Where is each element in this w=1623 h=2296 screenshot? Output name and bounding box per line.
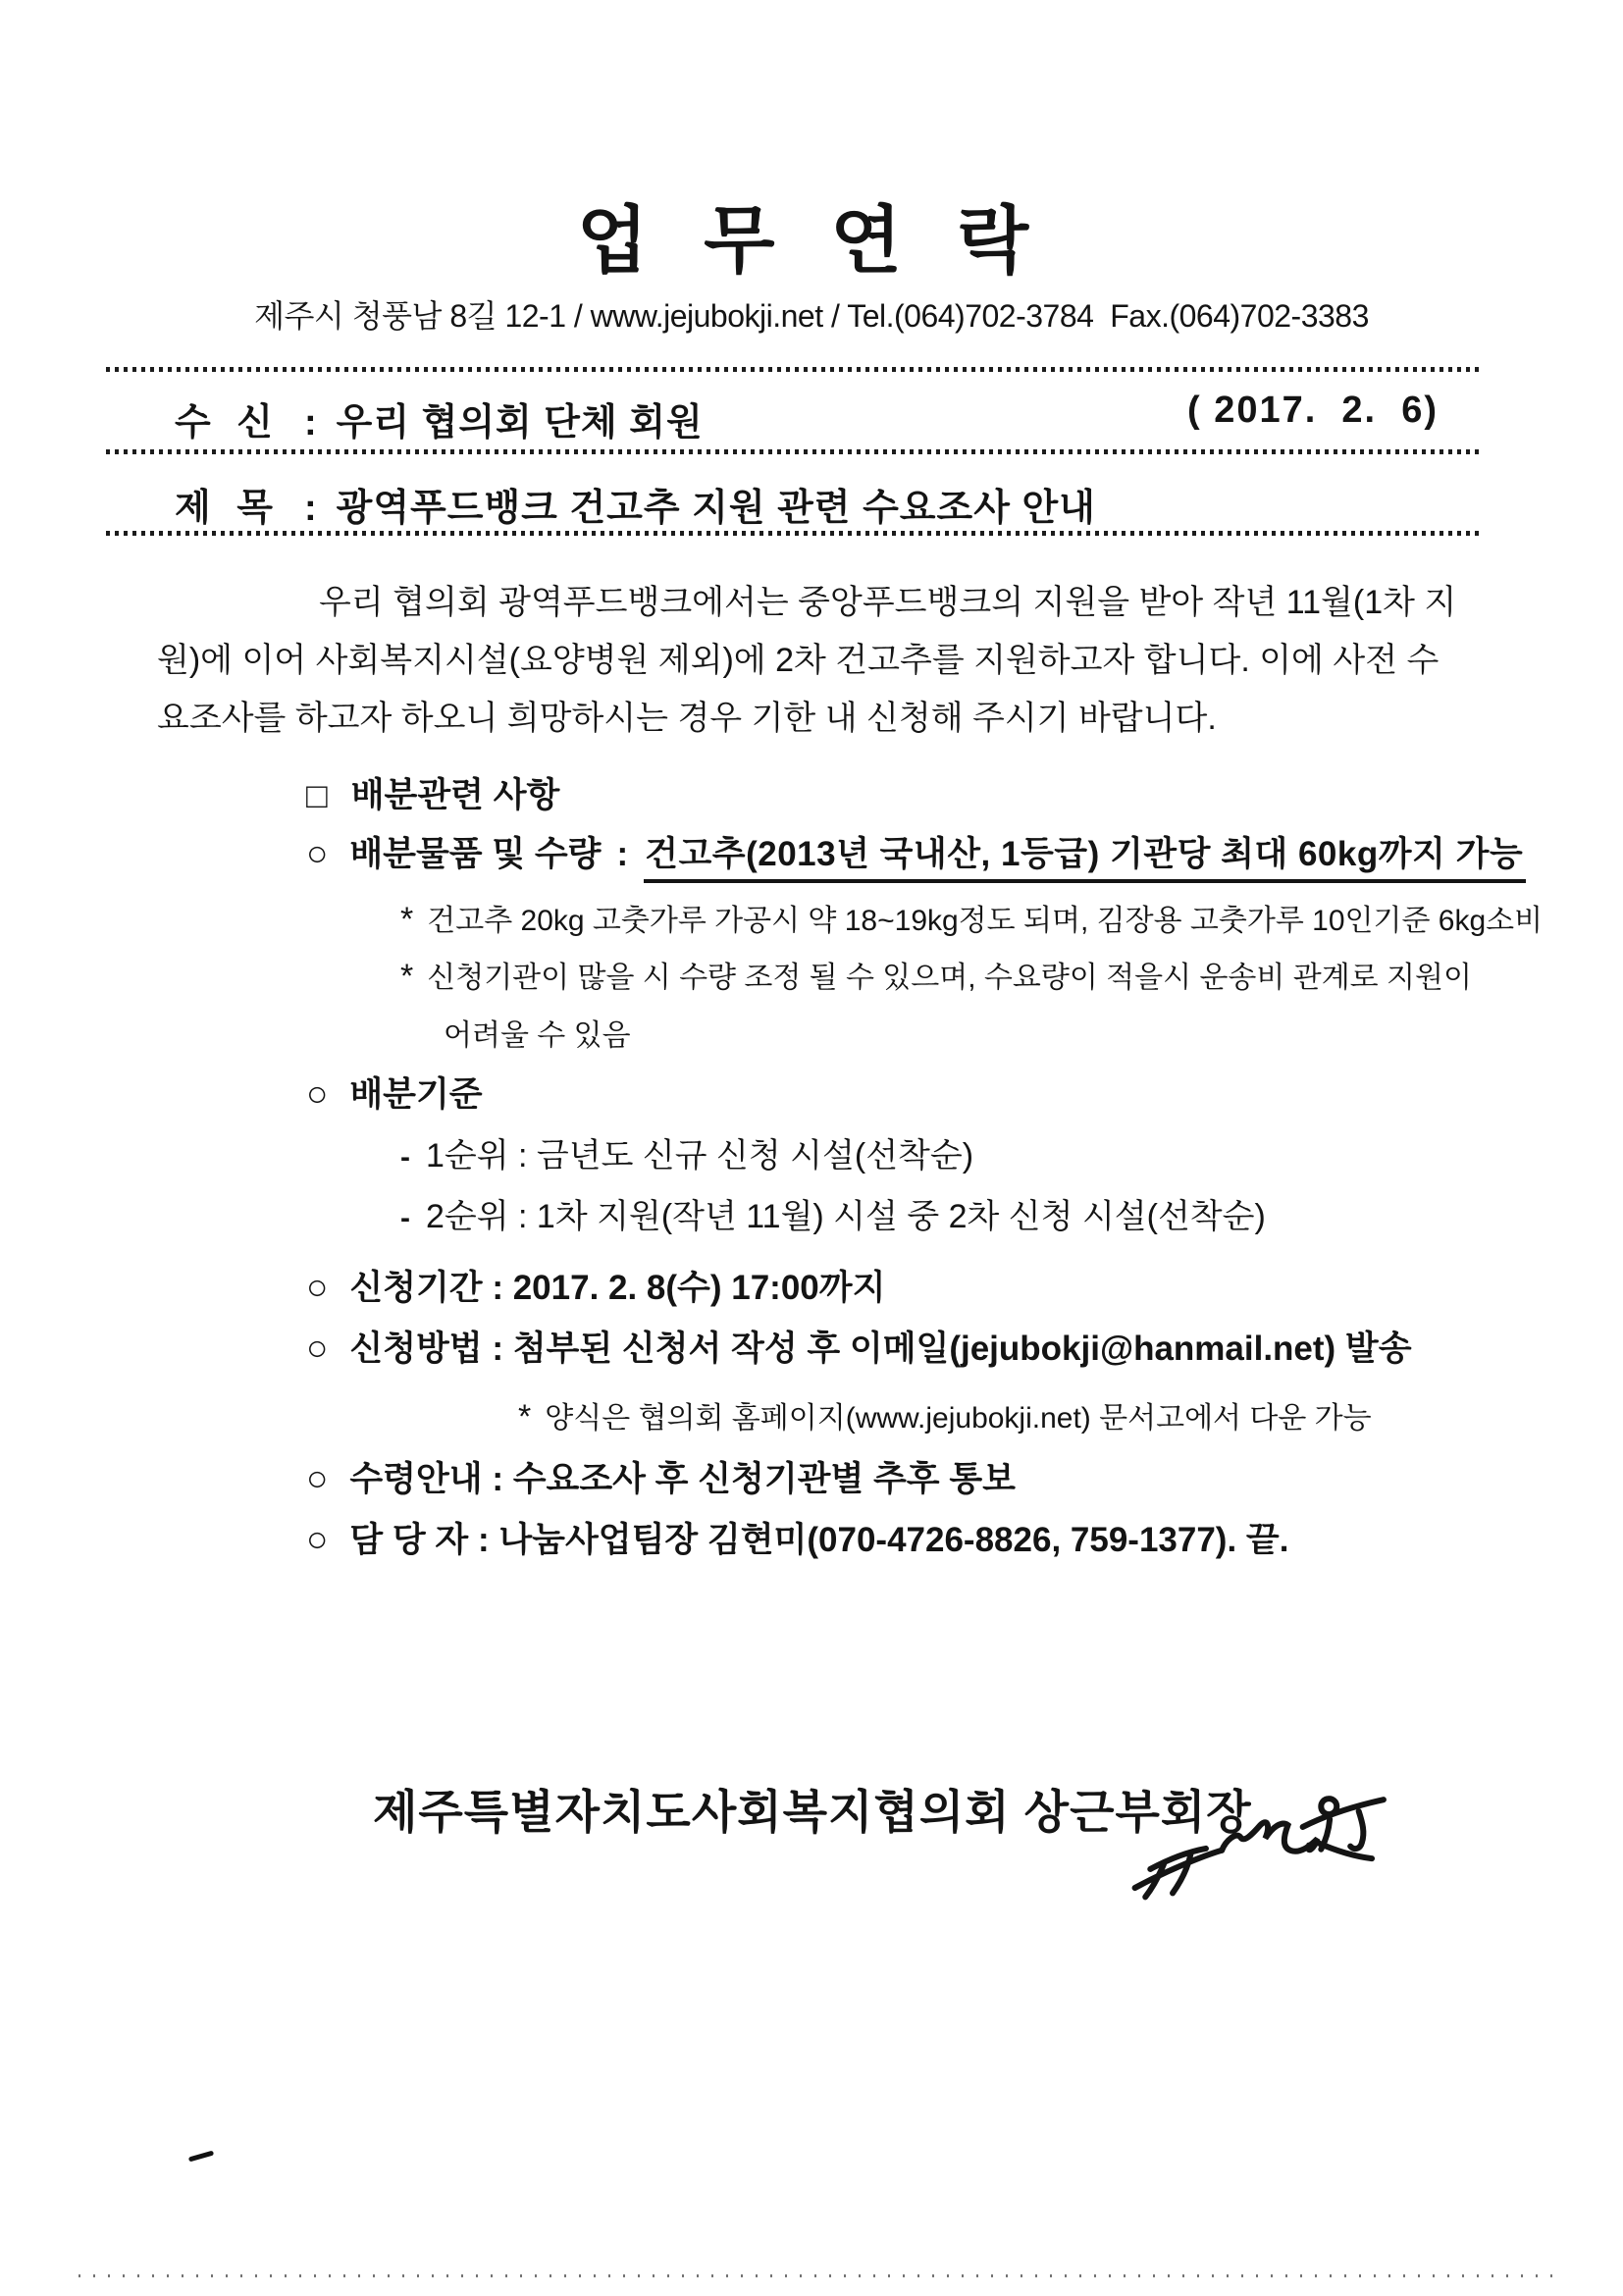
list-item-criteria-header: ○ 배분기준 [306,1068,483,1117]
list-note-adjustment: * 신청기관이 많을 시 수량 조정 될 수 있으며, 수요량이 적을시 운송비… [400,953,1472,996]
circle-bullet-icon: ○ [306,1458,328,1499]
dash-bullet-icon: - [400,1141,410,1174]
note-processing-text: 건고추 20kg 고춧가루 가공시 약 18~19kg정도 되며, 김장용 고춧… [427,896,1543,939]
list-note-processing: * 건고추 20kg 고춧가루 가공시 약 18~19kg정도 되며, 김장용 … [400,896,1543,939]
distribution-header-text: 배분관련 사항 [351,768,560,817]
asterisk-icon: * [400,958,413,996]
dotted-divider-bottom [106,531,1482,536]
criteria-header-text: 배분기준 [349,1068,482,1117]
signature-org-title: 제주특별자치도사회복지협의회 상근부회장 [373,1776,1252,1842]
circle-bullet-icon: ○ [306,1267,328,1308]
list-item-contact-person: ○ 담 당 자 : 나눔사업팀장 김현미(070-4726-8826, 759-… [306,1513,1288,1562]
asterisk-icon: * [518,1398,531,1436]
circle-bullet-icon: ○ [306,833,328,874]
scanned-document-page: 업 무 연 락 제주시 청풍남 8길 12-1 / www.jejubokji.… [0,0,1623,2296]
rank1-text: 1순위 : 금년도 신규 신청 시설(선착순) [426,1128,973,1176]
application-method-text: 신청방법 : 첨부된 신청서 작성 후 이메일(jejubokji@hanmai… [349,1322,1411,1371]
list-item-rank1: - 1순위 : 금년도 신규 신청 시설(선착순) [400,1128,973,1176]
circle-bullet-icon: ○ [306,1328,328,1369]
body-line-1: 우리 협의회 광역푸드뱅크에서는 중앙푸드뱅크의 지원을 받아 작년 11월(1… [157,574,1511,632]
list-note-form-download: * 양식은 협의회 홈페이지(www.jejubokji.net) 문서고에서 … [518,1393,1372,1436]
subject-label: 제 목 [175,477,281,531]
subject-value: 광역푸드뱅크 건고추 지원 관련 수요조사 안내 [337,477,1096,531]
body-line-3: 요조사를 하고자 하오니 희망하시는 경우 기한 내 신청해 주시기 바랍니다. [157,690,1511,748]
form-download-text: 양식은 협의회 홈페이지(www.jejubokji.net) 문서고에서 다운… [545,1393,1371,1436]
recipient-colon: : [304,402,317,444]
contact-person-text: 담 당 자 : 나눔사업팀장 김현미(070-4726-8826, 759-13… [349,1513,1288,1562]
goods-quantity-label: 배분물품 및 수량 [349,827,601,876]
asterisk-icon: * [400,901,413,939]
recipient-row: 수 신 : 우리 협의회 단체 회원 [175,391,704,445]
recipient-label: 수 신 [175,391,281,445]
subject-colon: : [304,488,317,530]
document-title: 업 무 연 락 [0,183,1623,287]
goods-quantity-colon: : [616,835,628,874]
note-adjustment-continuation: 어려울 수 있음 [444,1011,631,1054]
dotted-divider-top [106,367,1482,372]
receipt-guide-text: 수령안내 : 수요조사 후 신청기관별 추후 통보 [349,1452,1016,1501]
goods-quantity-value: 건고추(2013년 국내산, 1등급) 기관당 최대 60kg까지 가능 [644,827,1526,883]
subject-row: 제 목 : 광역푸드뱅크 건고추 지원 관련 수요조사 안내 [175,477,1096,531]
list-item-rank2: - 2순위 : 1차 지원(작년 11월) 시설 중 2차 신청 시설(선착순) [400,1189,1266,1237]
handwritten-signature [1125,1790,1427,1933]
note-adjustment-text: 신청기관이 많을 시 수량 조정 될 수 있으며, 수요량이 적을시 운송비 관… [427,953,1472,996]
application-period-text: 신청기간 : 2017. 2. 8(수) 17:00까지 [349,1261,885,1310]
list-item-application-method: ○ 신청방법 : 첨부된 신청서 작성 후 이메일(jejubokji@hanm… [306,1322,1412,1371]
list-item-receipt-guide: ○ 수령안내 : 수요조사 후 신청기관별 추후 통보 [306,1452,1016,1501]
list-item-goods-quantity: ○ 배분물품 및 수량 : 건고추(2013년 국내산, 1등급) 기관당 최대… [306,827,1526,883]
dash-bullet-icon: - [400,1202,410,1235]
list-item-application-period: ○ 신청기간 : 2017. 2. 8(수) 17:00까지 [306,1261,885,1310]
circle-bullet-icon: ○ [306,1519,328,1560]
document-date: ( 2017. 2. 6) [1187,390,1439,432]
dotted-divider-middle [106,449,1482,454]
recipient-value: 우리 협의회 단체 회원 [337,391,704,445]
scanner-noise-line [79,2274,1555,2277]
list-item-distribution-header: □ 배분관련 사항 [306,768,559,817]
body-line-2: 원)에 이어 사회복지시설(요양병원 제외)에 2차 건고추를 지원하고자 합니… [157,632,1511,690]
org-address-line: 제주시 청풍남 8길 12-1 / www.jejubokji.net / Te… [0,291,1623,337]
square-bullet-icon: □ [306,775,328,816]
stray-pen-mark [188,2151,214,2163]
body-paragraph: 우리 협의회 광역푸드뱅크에서는 중앙푸드뱅크의 지원을 받아 작년 11월(1… [157,574,1511,748]
rank2-text: 2순위 : 1차 지원(작년 11월) 시설 중 2차 신청 시설(선착순) [426,1189,1266,1237]
circle-bullet-icon: ○ [306,1073,328,1115]
